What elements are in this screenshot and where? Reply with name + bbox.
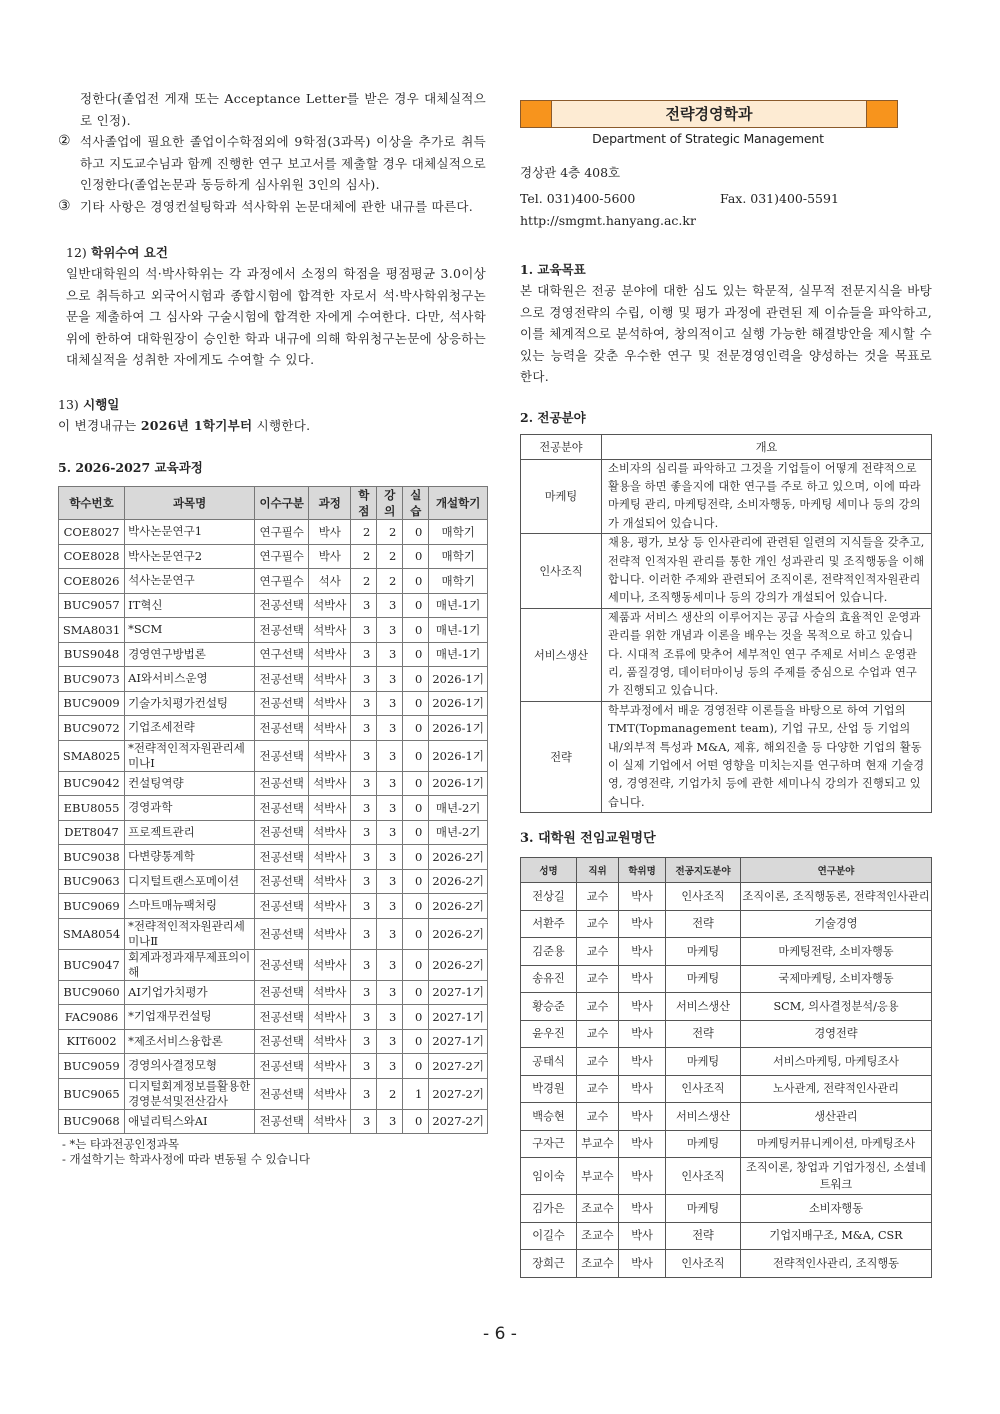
course-type: 전공선택 [255,618,309,643]
table-row: COE8026석사논문연구연구필수석사220매학기 [59,569,488,594]
curriculum-table-body: COE8027박사논문연구1연구필수박사220매학기COE8028박사논문연구2… [59,520,488,1134]
faculty-name: 송유진 [521,965,577,993]
course-type: 전공선택 [255,771,309,796]
circled-number: ③ [58,196,80,218]
section-body: 이 변경내규는 2026년 1학기부터 시행한다. [58,415,486,437]
table-row: BUC9042컨설팅역량전공선택석박사3302026-1기 [59,771,488,796]
lecture-hours: 3 [377,593,403,618]
website-link[interactable]: http://smgmt.hanyang.ac.kr [520,210,932,232]
course-level: 석박사 [309,1054,351,1079]
banner-accent-left [521,101,551,127]
lab-hours: 0 [403,618,429,643]
lab-hours: 0 [403,642,429,667]
course-type: 전공선택 [255,796,309,821]
faculty-position: 교수 [577,993,619,1021]
faculty-name: 공태식 [521,1048,577,1076]
faculty-degree: 박사 [619,1103,666,1131]
faculty-research: 조직이론, 창업과 기업가정신, 소셜네트워크 [741,1158,932,1195]
course-code: BUC9060 [59,980,125,1005]
course-name: 경영의사결정모형 [125,1054,255,1079]
semester: 2026-2기 [429,918,488,949]
faculty-research: 경영전략 [741,1020,932,1048]
course-name: IT혁신 [125,593,255,618]
faculty-research: 마케팅전략, 소비자행동 [741,938,932,966]
table-row: BUC9009기술가치평가컨설팅전공선택석박사3302026-1기 [59,691,488,716]
faculty-research: 소비자행동 [741,1195,932,1223]
faculty-position: 교수 [577,1020,619,1048]
course-name: 기술가치평가컨설팅 [125,691,255,716]
lecture-hours: 3 [377,894,403,919]
table-row: 서비스생산제품과 서비스 생산의 이루어지는 공급 사슬의 효율적인 운영과 관… [521,608,932,701]
semester: 2026-1기 [429,771,488,796]
education-goal-section: 1. 교육목표 본 대학원은 전공 분야에 대한 심도 있는 학문적, 실무적 … [520,260,932,388]
course-code: BUS9048 [59,642,125,667]
course-code: SMA8054 [59,918,125,949]
list-item-text: 기타 사항은 경영컨설팅학과 석사학위 논문대체에 관한 내규를 따른다. [80,196,486,218]
course-type: 전공선택 [255,1029,309,1054]
lecture-hours: 2 [377,1078,403,1109]
course-level: 석박사 [309,691,351,716]
faculty-research: 기술경영 [741,910,932,938]
course-level: 박사 [309,520,351,545]
credits: 3 [351,949,377,980]
table-row: SMA8025*전략적인적자원관리세미나Ⅰ전공선택석박사3302026-1기 [59,740,488,771]
faculty-section: 3. 대학원 전임교원명단 성명 직위 학위명 전공지도분야 연구분야 전상길교… [520,829,932,1278]
lab-hours: 0 [403,949,429,980]
table-row: 임이숙부교수박사인사조직조직이론, 창업과 기업가정신, 소셜네트워크 [521,1158,932,1195]
lab-hours: 0 [403,1054,429,1079]
lab-hours: 0 [403,918,429,949]
faculty-degree: 박사 [619,1222,666,1250]
credits: 3 [351,1078,377,1109]
circled-number: ② [58,131,80,196]
semester: 2026-1기 [429,691,488,716]
lecture-hours: 3 [377,642,403,667]
lecture-hours: 3 [377,667,403,692]
course-type: 전공선택 [255,667,309,692]
lecture-hours: 3 [377,1109,403,1134]
lab-hours: 1 [403,1078,429,1109]
table-row: 서환주교수박사전략기술경영 [521,910,932,938]
faculty-research: 기업지배구조, M&A, CSR [741,1222,932,1250]
faculty-major: 인사조직 [666,1075,741,1103]
lecture-hours: 3 [377,618,403,643]
lecture-hours: 2 [377,569,403,594]
faculty-degree: 박사 [619,910,666,938]
course-level: 석박사 [309,845,351,870]
faculty-name: 전상길 [521,883,577,911]
faculty-position: 교수 [577,965,619,993]
faculty-table-body: 전상길교수박사인사조직조직이론, 조직행동론, 전략적인사관리서환주교수박사전략… [521,883,932,1278]
course-level: 석박사 [309,1005,351,1030]
faculty-major: 인사조직 [666,883,741,911]
faculty-position: 조교수 [577,1222,619,1250]
lab-hours: 0 [403,820,429,845]
faculty-position: 교수 [577,910,619,938]
semester: 2027-2기 [429,1078,488,1109]
lecture-hours: 3 [377,716,403,741]
column-header: 성명 [521,858,577,883]
faculty-position: 조교수 [577,1250,619,1278]
table-header-row: 전공분야 개요 [521,434,932,459]
course-code: COE8028 [59,544,125,569]
course-type: 전공선택 [255,1054,309,1079]
course-level: 석박사 [309,642,351,667]
table-row: BUC9073AI와서비스운영전공선택석박사3302026-1기 [59,667,488,692]
faculty-position: 조교수 [577,1195,619,1223]
table-row: BUS9048경영연구방법론연구선택석박사330매년-1기 [59,642,488,667]
faculty-position: 교수 [577,1048,619,1076]
lecture-hours: 3 [377,1029,403,1054]
course-code: COE8026 [59,569,125,594]
column-header: 강의 [377,487,403,520]
semester: 2026-2기 [429,869,488,894]
course-level: 석박사 [309,618,351,643]
semester: 매년-1기 [429,642,488,667]
section-heading: 12) 학위수여 요건 [66,243,486,263]
table-row: BUC9063디지털트랜스포메이션전공선택석박사3302026-2기 [59,869,488,894]
faculty-table: 성명 직위 학위명 전공지도분야 연구분야 전상길교수박사인사조직조직이론, 조… [520,857,932,1278]
course-type: 전공선택 [255,894,309,919]
course-level: 석박사 [309,1078,351,1109]
faculty-name: 구자근 [521,1130,577,1158]
course-name: 경영과학 [125,796,255,821]
lab-hours: 0 [403,845,429,870]
semester: 매년-2기 [429,796,488,821]
faculty-degree: 박사 [619,1020,666,1048]
section-heading: 1. 교육목표 [520,260,932,280]
semester: 2027-1기 [429,980,488,1005]
lecture-hours: 3 [377,796,403,821]
faculty-research: SCM, 의사결정분석/응용 [741,993,932,1021]
faculty-name: 서환주 [521,910,577,938]
table-row: 전략학부과정에서 배운 경영전략 이론들을 바탕으로 하여 기업의 TMT(To… [521,701,932,812]
table-row: BUC9057IT혁신전공선택석박사330매년-1기 [59,593,488,618]
course-name: 경영연구방법론 [125,642,255,667]
page-number: - 6 - [0,1324,1000,1344]
course-name: AI와서비스운영 [125,667,255,692]
table-row: DET8047프로젝트관리전공선택석박사330매년-2기 [59,820,488,845]
faculty-degree: 박사 [619,938,666,966]
faculty-major: 마케팅 [666,1048,741,1076]
course-type: 전공선택 [255,593,309,618]
column-header: 이수구분 [255,487,309,520]
course-code: BUC9073 [59,667,125,692]
semester: 2026-2기 [429,845,488,870]
faculty-name: 임이숙 [521,1158,577,1195]
course-name: *SCM [125,618,255,643]
course-code: BUC9047 [59,949,125,980]
lecture-hours: 3 [377,820,403,845]
department-banner: 전략경영학과 [520,100,898,128]
field-name: 마케팅 [521,459,602,534]
table-row: 마케팅소비자의 심리를 파악하고 그것을 기업들이 어떻게 전략적으로 활용을 … [521,459,932,534]
list-item-text: 석사졸업에 필요한 졸업이수학점외에 9학점(3과목) 이상을 추가로 취득하고… [80,131,486,196]
course-code: SMA8031 [59,618,125,643]
banner-accent-right [867,101,897,127]
table-row: SMA8031*SCM전공선택석박사330매년-1기 [59,618,488,643]
table-row: 송유진교수박사마케팅국제마케팅, 소비자행동 [521,965,932,993]
course-code: DET8047 [59,820,125,845]
faculty-name: 김준용 [521,938,577,966]
credits: 3 [351,894,377,919]
table-row: 장희근조교수박사인사조직전략적인사관리, 조직행동 [521,1250,932,1278]
faculty-major: 마케팅 [666,1130,741,1158]
faculty-research: 서비스마케팅, 마케팅조사 [741,1048,932,1076]
table-row: COE8027박사논문연구1연구필수박사220매학기 [59,520,488,545]
table-row: 윤우진교수박사전략경영전략 [521,1020,932,1048]
course-level: 석사 [309,569,351,594]
lab-hours: 0 [403,869,429,894]
lab-hours: 0 [403,740,429,771]
faculty-major: 마케팅 [666,938,741,966]
credits: 3 [351,1005,377,1030]
faculty-name: 윤우진 [521,1020,577,1048]
faculty-position: 교수 [577,938,619,966]
table-row: BUC9059경영의사결정모형전공선택석박사3302027-2기 [59,1054,488,1079]
table-row: BUC9069스마트매뉴팩처링전공선택석박사3302026-2기 [59,894,488,919]
course-level: 석박사 [309,796,351,821]
lab-hours: 0 [403,894,429,919]
field-description: 채용, 평가, 보상 등 인사관리에 관련된 일련의 지식들을 갖추고, 전략적… [602,534,932,609]
course-level: 석박사 [309,918,351,949]
column-header: 전공분야 [521,434,602,459]
fax: Fax. 031)400-5591 [720,188,839,210]
course-type: 전공선택 [255,980,309,1005]
course-code: BUC9057 [59,593,125,618]
column-header: 학위명 [619,858,666,883]
lab-hours: 0 [403,667,429,692]
faculty-major: 마케팅 [666,1195,741,1223]
faculty-degree: 박사 [619,1048,666,1076]
section-heading: 13) 시행일 [58,395,486,415]
section-heading: 2. 전공분야 [520,408,932,428]
course-level: 석박사 [309,949,351,980]
course-level: 석박사 [309,894,351,919]
faculty-name: 이길수 [521,1222,577,1250]
credits: 3 [351,716,377,741]
right-column: 전략경영학과 Department of Strategic Managemen… [520,100,932,1278]
faculty-major: 서비스생산 [666,993,741,1021]
course-name: *전략적인적자원관리세미나Ⅰ [125,740,255,771]
table-row: BUC9047회계과정과재무제표의이해전공선택석박사3302026-2기 [59,949,488,980]
faculty-degree: 박사 [619,1195,666,1223]
credits: 3 [351,869,377,894]
field-name: 인사조직 [521,534,602,609]
credits: 3 [351,691,377,716]
address: 경상관 4층 408호 [520,162,932,184]
faculty-position: 부교수 [577,1130,619,1158]
course-type: 연구필수 [255,520,309,545]
faculty-name: 황승준 [521,993,577,1021]
lecture-hours: 2 [377,520,403,545]
course-code: BUC9042 [59,771,125,796]
course-level: 석박사 [309,1109,351,1134]
section-heading: 5. 2026-2027 교육과정 [58,458,486,478]
course-code: FAC9086 [59,1005,125,1030]
column-header: 학점 [351,487,377,520]
semester: 2026-1기 [429,716,488,741]
course-name: 애널리틱스와AI [125,1109,255,1134]
table-row: COE8028박사논문연구2연구필수박사220매학기 [59,544,488,569]
table-row: BUC9038다변량통계학전공선택석박사3302026-2기 [59,845,488,870]
section-body: 본 대학원은 전공 분야에 대한 심도 있는 학문적, 실무적 전문지식을 바탕… [520,280,932,388]
field-description: 학부과정에서 배운 경영전략 이론들을 바탕으로 하여 기업의 TMT(Topm… [602,701,932,812]
footnote: - 개설학기는 학과사정에 따라 변동될 수 있습니다 [58,1152,486,1167]
semester: 매년-1기 [429,618,488,643]
lecture-hours: 3 [377,869,403,894]
telephone: Tel. 031)400-5600 [520,188,720,210]
credits: 3 [351,1109,377,1134]
faculty-position: 교수 [577,1075,619,1103]
course-name: 석사논문연구 [125,569,255,594]
course-type: 전공선택 [255,1005,309,1030]
course-type: 연구선택 [255,642,309,667]
semester: 매년-1기 [429,593,488,618]
faculty-name: 백승현 [521,1103,577,1131]
section-13: 13) 시행일 이 변경내규는 2026년 1학기부터 시행한다. [58,395,486,437]
lab-hours: 0 [403,771,429,796]
lab-hours: 0 [403,520,429,545]
semester: 매학기 [429,544,488,569]
lecture-hours: 3 [377,1054,403,1079]
column-header: 학수번호 [59,487,125,520]
faculty-major: 인사조직 [666,1158,741,1195]
table-row: 공태식교수박사마케팅서비스마케팅, 마케팅조사 [521,1048,932,1076]
course-code: BUC9059 [59,1054,125,1079]
course-name: *전략적인적자원관리세미나Ⅱ [125,918,255,949]
course-code: BUC9068 [59,1109,125,1134]
column-header: 실습 [403,487,429,520]
lab-hours: 0 [403,716,429,741]
table-row: KIT6002*제조서비스융합론전공선택석박사3302027-1기 [59,1029,488,1054]
credits: 3 [351,845,377,870]
faculty-research: 마케팅커뮤니케이션, 마케팅조사 [741,1130,932,1158]
course-name: 프로젝트관리 [125,820,255,845]
table-row: BUC9068애널리틱스와AI전공선택석박사3302027-2기 [59,1109,488,1134]
faculty-major: 전략 [666,910,741,938]
table-row: 박경원교수박사인사조직노사관계, 전략적인사관리 [521,1075,932,1103]
column-header: 과목명 [125,487,255,520]
course-name: 다변량통계학 [125,845,255,870]
faculty-degree: 박사 [619,1075,666,1103]
semester: 2027-2기 [429,1054,488,1079]
table-row: 인사조직채용, 평가, 보상 등 인사관리에 관련된 일련의 지식들을 갖추고,… [521,534,932,609]
course-level: 석박사 [309,1029,351,1054]
curriculum-table: 학수번호 과목명 이수구분 과정 학점 강의 실습 개설학기 COE8027박사… [58,486,488,1134]
credits: 3 [351,820,377,845]
table-row: 김준용교수박사마케팅마케팅전략, 소비자행동 [521,938,932,966]
faculty-name: 박경원 [521,1075,577,1103]
semester: 2026-1기 [429,740,488,771]
lecture-hours: 3 [377,949,403,980]
table-row: BUC9065디지털회계정보를활용한 경영분석및전산감사전공선택석박사32120… [59,1078,488,1109]
credits: 3 [351,593,377,618]
course-level: 석박사 [309,716,351,741]
course-name: 회계과정과재무제표의이해 [125,949,255,980]
course-type: 전공선택 [255,918,309,949]
faculty-position: 부교수 [577,1158,619,1195]
credits: 3 [351,1029,377,1054]
course-type: 전공선택 [255,1109,309,1134]
course-code: BUC9009 [59,691,125,716]
column-header: 직위 [577,858,619,883]
semester: 2027-2기 [429,1109,488,1134]
section-body: 일반대학원의 석·박사학위는 각 과정에서 소정의 학점을 평점평균 3.0이상… [66,263,486,371]
curriculum-section: 5. 2026-2027 교육과정 학수번호 과목명 이수구분 과정 학점 강의… [58,458,486,1167]
course-level: 석박사 [309,667,351,692]
course-name: *제조서비스융합론 [125,1029,255,1054]
course-name: 스마트매뉴팩처링 [125,894,255,919]
credits: 3 [351,918,377,949]
field-description: 소비자의 심리를 파악하고 그것을 기업들이 어떻게 전략적으로 활용을 하면 … [602,459,932,534]
footnote: - *는 타과전공인정과목 [58,1137,486,1152]
semester: 2026-1기 [429,667,488,692]
table-row: 이길수조교수박사전략기업지배구조, M&A, CSR [521,1222,932,1250]
table-row: BUC9072기업조세전략전공선택석박사3302026-1기 [59,716,488,741]
lab-hours: 0 [403,1005,429,1030]
course-type: 전공선택 [255,691,309,716]
table-row: 김가은조교수박사마케팅소비자행동 [521,1195,932,1223]
course-type: 전공선택 [255,845,309,870]
table-header-row: 학수번호 과목명 이수구분 과정 학점 강의 실습 개설학기 [59,487,488,520]
course-type: 전공선택 [255,740,309,771]
lecture-hours: 3 [377,845,403,870]
course-code: KIT6002 [59,1029,125,1054]
course-name: 박사논문연구2 [125,544,255,569]
lab-hours: 0 [403,1109,429,1134]
faculty-degree: 박사 [619,1130,666,1158]
field-description: 제품과 서비스 생산의 이루어지는 공급 사슬의 효율적인 운영과 관리를 위한… [602,608,932,701]
course-type: 전공선택 [255,869,309,894]
semester: 매년-2기 [429,820,488,845]
credits: 3 [351,618,377,643]
lecture-hours: 3 [377,691,403,716]
lecture-hours: 3 [377,980,403,1005]
course-name: 기업조세전략 [125,716,255,741]
credits: 3 [351,667,377,692]
credits: 3 [351,642,377,667]
table-header-row: 성명 직위 학위명 전공지도분야 연구분야 [521,858,932,883]
faculty-research: 노사관계, 전략적인사관리 [741,1075,932,1103]
course-level: 석박사 [309,740,351,771]
column-header: 개요 [602,434,932,459]
field-name: 전략 [521,701,602,812]
faculty-name: 김가은 [521,1195,577,1223]
table-row: FAC9086*기업재무컨설팅전공선택석박사3302027-1기 [59,1005,488,1030]
course-code: BUC9065 [59,1078,125,1109]
column-header: 과정 [309,487,351,520]
faculty-degree: 박사 [619,993,666,1021]
lecture-hours: 3 [377,740,403,771]
course-name: 컨설팅역량 [125,771,255,796]
faculty-research: 전략적인사관리, 조직행동 [741,1250,932,1278]
faculty-position: 교수 [577,1103,619,1131]
course-name: *기업재무컨설팅 [125,1005,255,1030]
faculty-degree: 박사 [619,1250,666,1278]
column-header: 개설학기 [429,487,488,520]
faculty-research: 조직이론, 조직행동론, 전략적인사관리 [741,883,932,911]
credits: 3 [351,980,377,1005]
course-level: 석박사 [309,593,351,618]
item1-continuation: 정한다(졸업전 게재 또는 Acceptance Letter를 받은 경우 대… [58,88,486,131]
credits: 2 [351,544,377,569]
lecture-hours: 3 [377,918,403,949]
credits: 2 [351,569,377,594]
list-item-2: ② 석사졸업에 필요한 졸업이수학점외에 9학점(3과목) 이상을 추가로 취득… [58,131,486,196]
faculty-major: 서비스생산 [666,1103,741,1131]
section-heading: 3. 대학원 전임교원명단 [520,829,932,849]
